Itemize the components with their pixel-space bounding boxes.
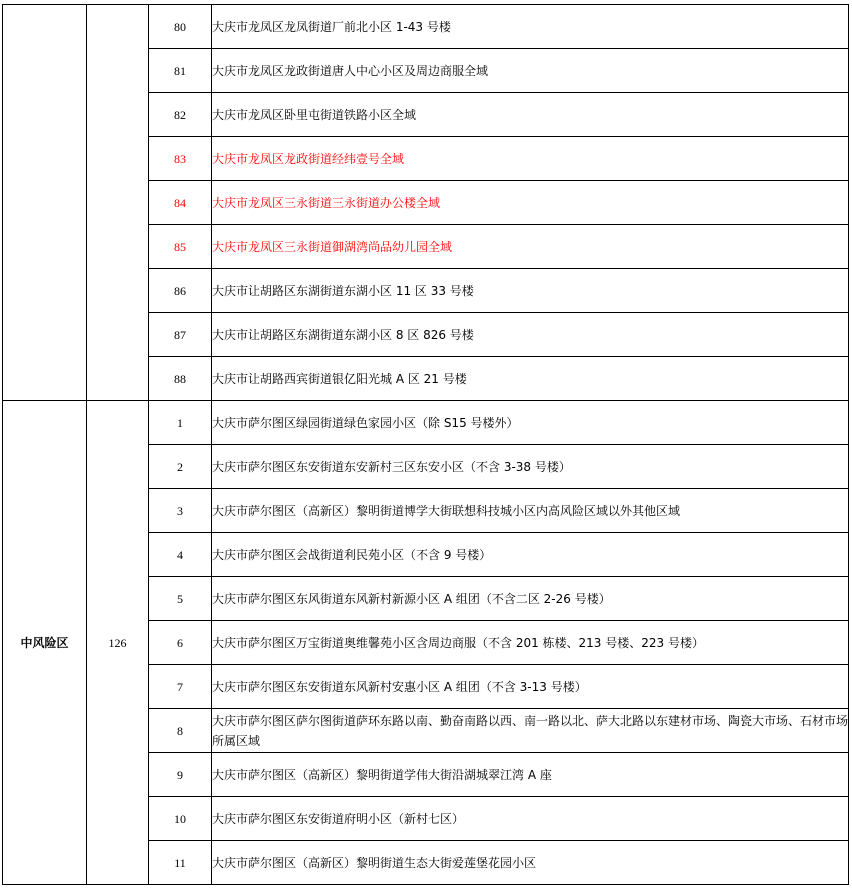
area-count-cell — [87, 5, 149, 401]
location-cell: 大庆市龙凤区三永街道三永街道办公楼全域 — [212, 181, 849, 225]
location-cell: 大庆市萨尔图区（高新区）黎明街道生态大街爱莲堡花园小区 — [212, 841, 849, 885]
row-number: 3 — [149, 489, 212, 533]
location-cell: 大庆市龙凤区三永街道御湖湾尚品幼儿园全域 — [212, 225, 849, 269]
table-row: 80 大庆市龙凤区龙凤街道厂前北小区 1-43 号楼 — [3, 5, 849, 49]
location-cell: 大庆市萨尔图区东安街道东安新村三区东安小区（不含 3-38 号楼） — [212, 445, 849, 489]
location-cell: 大庆市萨尔图区（高新区）黎明街道博学大街联想科技城小区内高风险区域以外其他区域 — [212, 489, 849, 533]
row-number: 4 — [149, 533, 212, 577]
row-number: 11 — [149, 841, 212, 885]
row-number: 85 — [149, 225, 212, 269]
location-cell: 大庆市龙凤区卧里屯街道铁路小区全域 — [212, 93, 849, 137]
location-cell: 大庆市萨尔图区东安街道东风新村安惠小区 A 组团（不含 3-13 号楼） — [212, 665, 849, 709]
row-number: 8 — [149, 709, 212, 753]
row-number: 84 — [149, 181, 212, 225]
row-number: 7 — [149, 665, 212, 709]
risk-area-table: 80 大庆市龙凤区龙凤街道厂前北小区 1-43 号楼 81 大庆市龙凤区龙政街道… — [2, 4, 849, 885]
risk-level-cell — [3, 5, 87, 401]
row-number: 82 — [149, 93, 212, 137]
row-number: 87 — [149, 313, 212, 357]
location-cell: 大庆市让胡路区东湖街道东湖小区 11 区 33 号楼 — [212, 269, 849, 313]
location-cell: 大庆市萨尔图区绿园街道绿色家园小区（除 S15 号楼外） — [212, 401, 849, 445]
row-number: 88 — [149, 357, 212, 401]
location-cell: 大庆市萨尔图区东风街道东风新村新源小区 A 组团（不含二区 2-26 号楼） — [212, 577, 849, 621]
row-number: 83 — [149, 137, 212, 181]
location-cell: 大庆市萨尔图区会战街道利民苑小区（不含 9 号楼） — [212, 533, 849, 577]
location-cell: 大庆市让胡路西宾街道银亿阳光城 A 区 21 号楼 — [212, 357, 849, 401]
row-number: 1 — [149, 401, 212, 445]
risk-area-sheet: 80 大庆市龙凤区龙凤街道厂前北小区 1-43 号楼 81 大庆市龙凤区龙政街道… — [2, 4, 848, 885]
row-number: 81 — [149, 49, 212, 93]
row-number: 9 — [149, 753, 212, 797]
location-cell: 大庆市龙凤区龙政街道经纬壹号全域 — [212, 137, 849, 181]
location-cell: 大庆市萨尔图区（高新区）黎明街道学伟大街沿湖城翠江湾 A 座 — [212, 753, 849, 797]
row-number: 6 — [149, 621, 212, 665]
location-cell: 大庆市萨尔图区万宝街道奥维馨苑小区含周边商服（不含 201 栋楼、213 号楼、… — [212, 621, 849, 665]
location-cell: 大庆市龙凤区龙凤街道厂前北小区 1-43 号楼 — [212, 5, 849, 49]
table-row: 中风险区 126 1 大庆市萨尔图区绿园街道绿色家园小区（除 S15 号楼外） — [3, 401, 849, 445]
risk-level-cell: 中风险区 — [3, 401, 87, 885]
row-number: 86 — [149, 269, 212, 313]
row-number: 10 — [149, 797, 212, 841]
location-cell: 大庆市龙凤区龙政街道唐人中心小区及周边商服全域 — [212, 49, 849, 93]
row-number: 2 — [149, 445, 212, 489]
row-number: 5 — [149, 577, 212, 621]
location-cell: 大庆市萨尔图区萨尔图街道萨环东路以南、勤奋南路以西、南一路以北、萨大北路以东建材… — [212, 709, 849, 753]
area-count-cell: 126 — [87, 401, 149, 885]
location-cell: 大庆市萨尔图区东安街道府明小区（新村七区） — [212, 797, 849, 841]
location-cell: 大庆市让胡路区东湖街道东湖小区 8 区 826 号楼 — [212, 313, 849, 357]
row-number: 80 — [149, 5, 212, 49]
